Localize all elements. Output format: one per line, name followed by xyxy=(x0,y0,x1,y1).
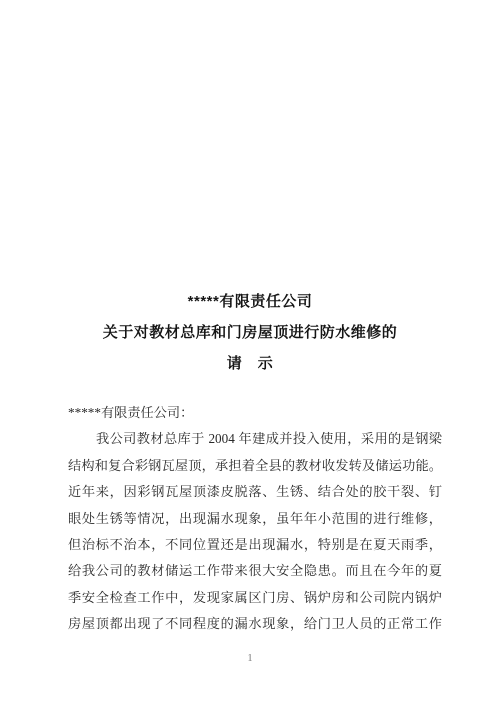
document-title: *****有限责任公司 关于对教材总库和门房屋顶进行防水维修的 请 示 xyxy=(0,286,500,379)
body-text-line: 房屋顶都出现了不同程度的漏水现象，给门卫人员的正常工作 xyxy=(68,611,442,637)
body-text-line: 结构和复合彩钢瓦屋顶，承担着全县的教材收发转及储运功能。 xyxy=(68,453,442,479)
title-line-subject: 关于对教材总库和门房屋顶进行防水维修的 xyxy=(0,317,500,348)
body-text-line: 我公司教材总库于 2004 年建成并投入使用，采用的是钢梁 xyxy=(68,426,442,452)
document-body: *****有限责任公司： 我公司教材总库于 2004 年建成并投入使用，采用的是… xyxy=(68,400,442,638)
body-text-line: 但治标不治本，不同位置还是出现漏水，特别是在夏天雨季， xyxy=(68,532,442,558)
body-text-line: 眼处生锈等情况，出现漏水现象，虽年年小范围的进行维修， xyxy=(68,506,442,532)
page-number: 1 xyxy=(0,653,500,664)
title-line-company: *****有限责任公司 xyxy=(0,286,500,317)
body-text-line: 近年来，因彩钢瓦屋顶漆皮脱落、生锈、结合处的胶干裂、钉 xyxy=(68,479,442,505)
body-text-line: 给我公司的教材储运工作带来很大安全隐患。而且在今年的夏 xyxy=(68,558,442,584)
title-line-doctype: 请 示 xyxy=(0,348,500,379)
body-text-line: 季安全检查工作中，发现家属区门房、锅炉房和公司院内锅炉 xyxy=(68,585,442,611)
salutation-line: *****有限责任公司： xyxy=(68,400,442,426)
document-page: *****有限责任公司 关于对教材总库和门房屋顶进行防水维修的 请 示 ****… xyxy=(0,0,500,708)
